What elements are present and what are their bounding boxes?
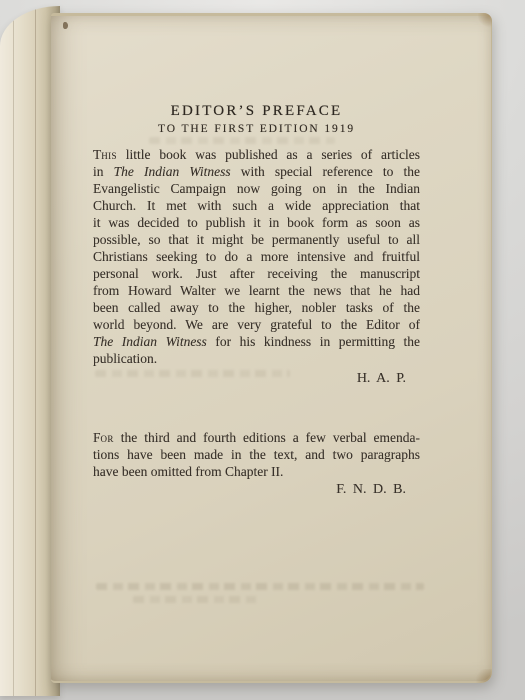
preface-paragraph-1: This little book was published as a seri… [93, 146, 420, 367]
small-caps-text: or [101, 430, 114, 445]
small-caps-text: his [101, 147, 117, 162]
line-text: little book was published as a series of… [117, 147, 420, 162]
preface-line-4: Church. It met with such a wide apprecia… [93, 197, 420, 214]
line-text: in [93, 164, 114, 179]
preface-line-1: This little book was published as a seri… [93, 146, 420, 163]
preface-line-8: personal work. Just after receiving the … [93, 265, 420, 282]
preface-paragraph-2: For the third and fourth editions a few … [93, 429, 420, 480]
photo-background: EDITOR’S PREFACE TO THE FIRST EDITION 19… [0, 0, 525, 700]
preface-line-16: have been omitted from Chapter II. [93, 463, 420, 480]
preface-line-2: in The Indian Witness with special refer… [93, 163, 420, 180]
preface-line-5: it was decided to publish it in book for… [93, 214, 420, 231]
page-showthrough [133, 596, 261, 603]
worn-corner-bottom-right [474, 669, 492, 683]
book-title-italic: The Indian Witness [93, 334, 207, 349]
signature-fndb: F. N. D. B. [93, 481, 420, 499]
preface-line-12: The Indian Witness for his kindness in p… [93, 333, 420, 350]
page-showthrough [149, 137, 335, 144]
line-text: with special reference to the [231, 164, 420, 179]
page-showthrough [95, 370, 290, 377]
preface-title: EDITOR’S PREFACE [93, 101, 420, 121]
preface-line-11: world beyond. We are very grateful to th… [93, 316, 420, 333]
preface-line-10: been called away to the higher, nobler t… [93, 299, 420, 316]
preface-line-15: tions have been made in the text, and tw… [93, 446, 420, 463]
page-content: EDITOR’S PREFACE TO THE FIRST EDITION 19… [93, 16, 420, 499]
lead-capital: F [93, 430, 101, 445]
preface-subtitle: TO THE FIRST EDITION 1919 [93, 122, 420, 137]
book-page: EDITOR’S PREFACE TO THE FIRST EDITION 19… [51, 13, 492, 683]
preface-line-7: Christians seeking to do a more intensiv… [93, 248, 420, 265]
line-text: the third and fourth editions a few verb… [114, 430, 420, 445]
worn-corner-top-right [478, 13, 492, 28]
preface-line-9: from Howard Walter we learnt the news th… [93, 282, 420, 299]
preface-line-6: possible, so that it might be permanentl… [93, 231, 420, 248]
lead-capital: T [93, 147, 101, 162]
page-showthrough [96, 583, 424, 590]
book-title-italic: The Indian Witness [114, 164, 231, 179]
preface-line-14: For the third and fourth editions a few … [93, 429, 420, 446]
preface-line-13: publication. [93, 350, 420, 367]
line-text: for his kindness in permitting the [207, 334, 420, 349]
preface-line-3: Evangelistic Campaign now going on in th… [93, 180, 420, 197]
page-blemish [63, 22, 68, 29]
